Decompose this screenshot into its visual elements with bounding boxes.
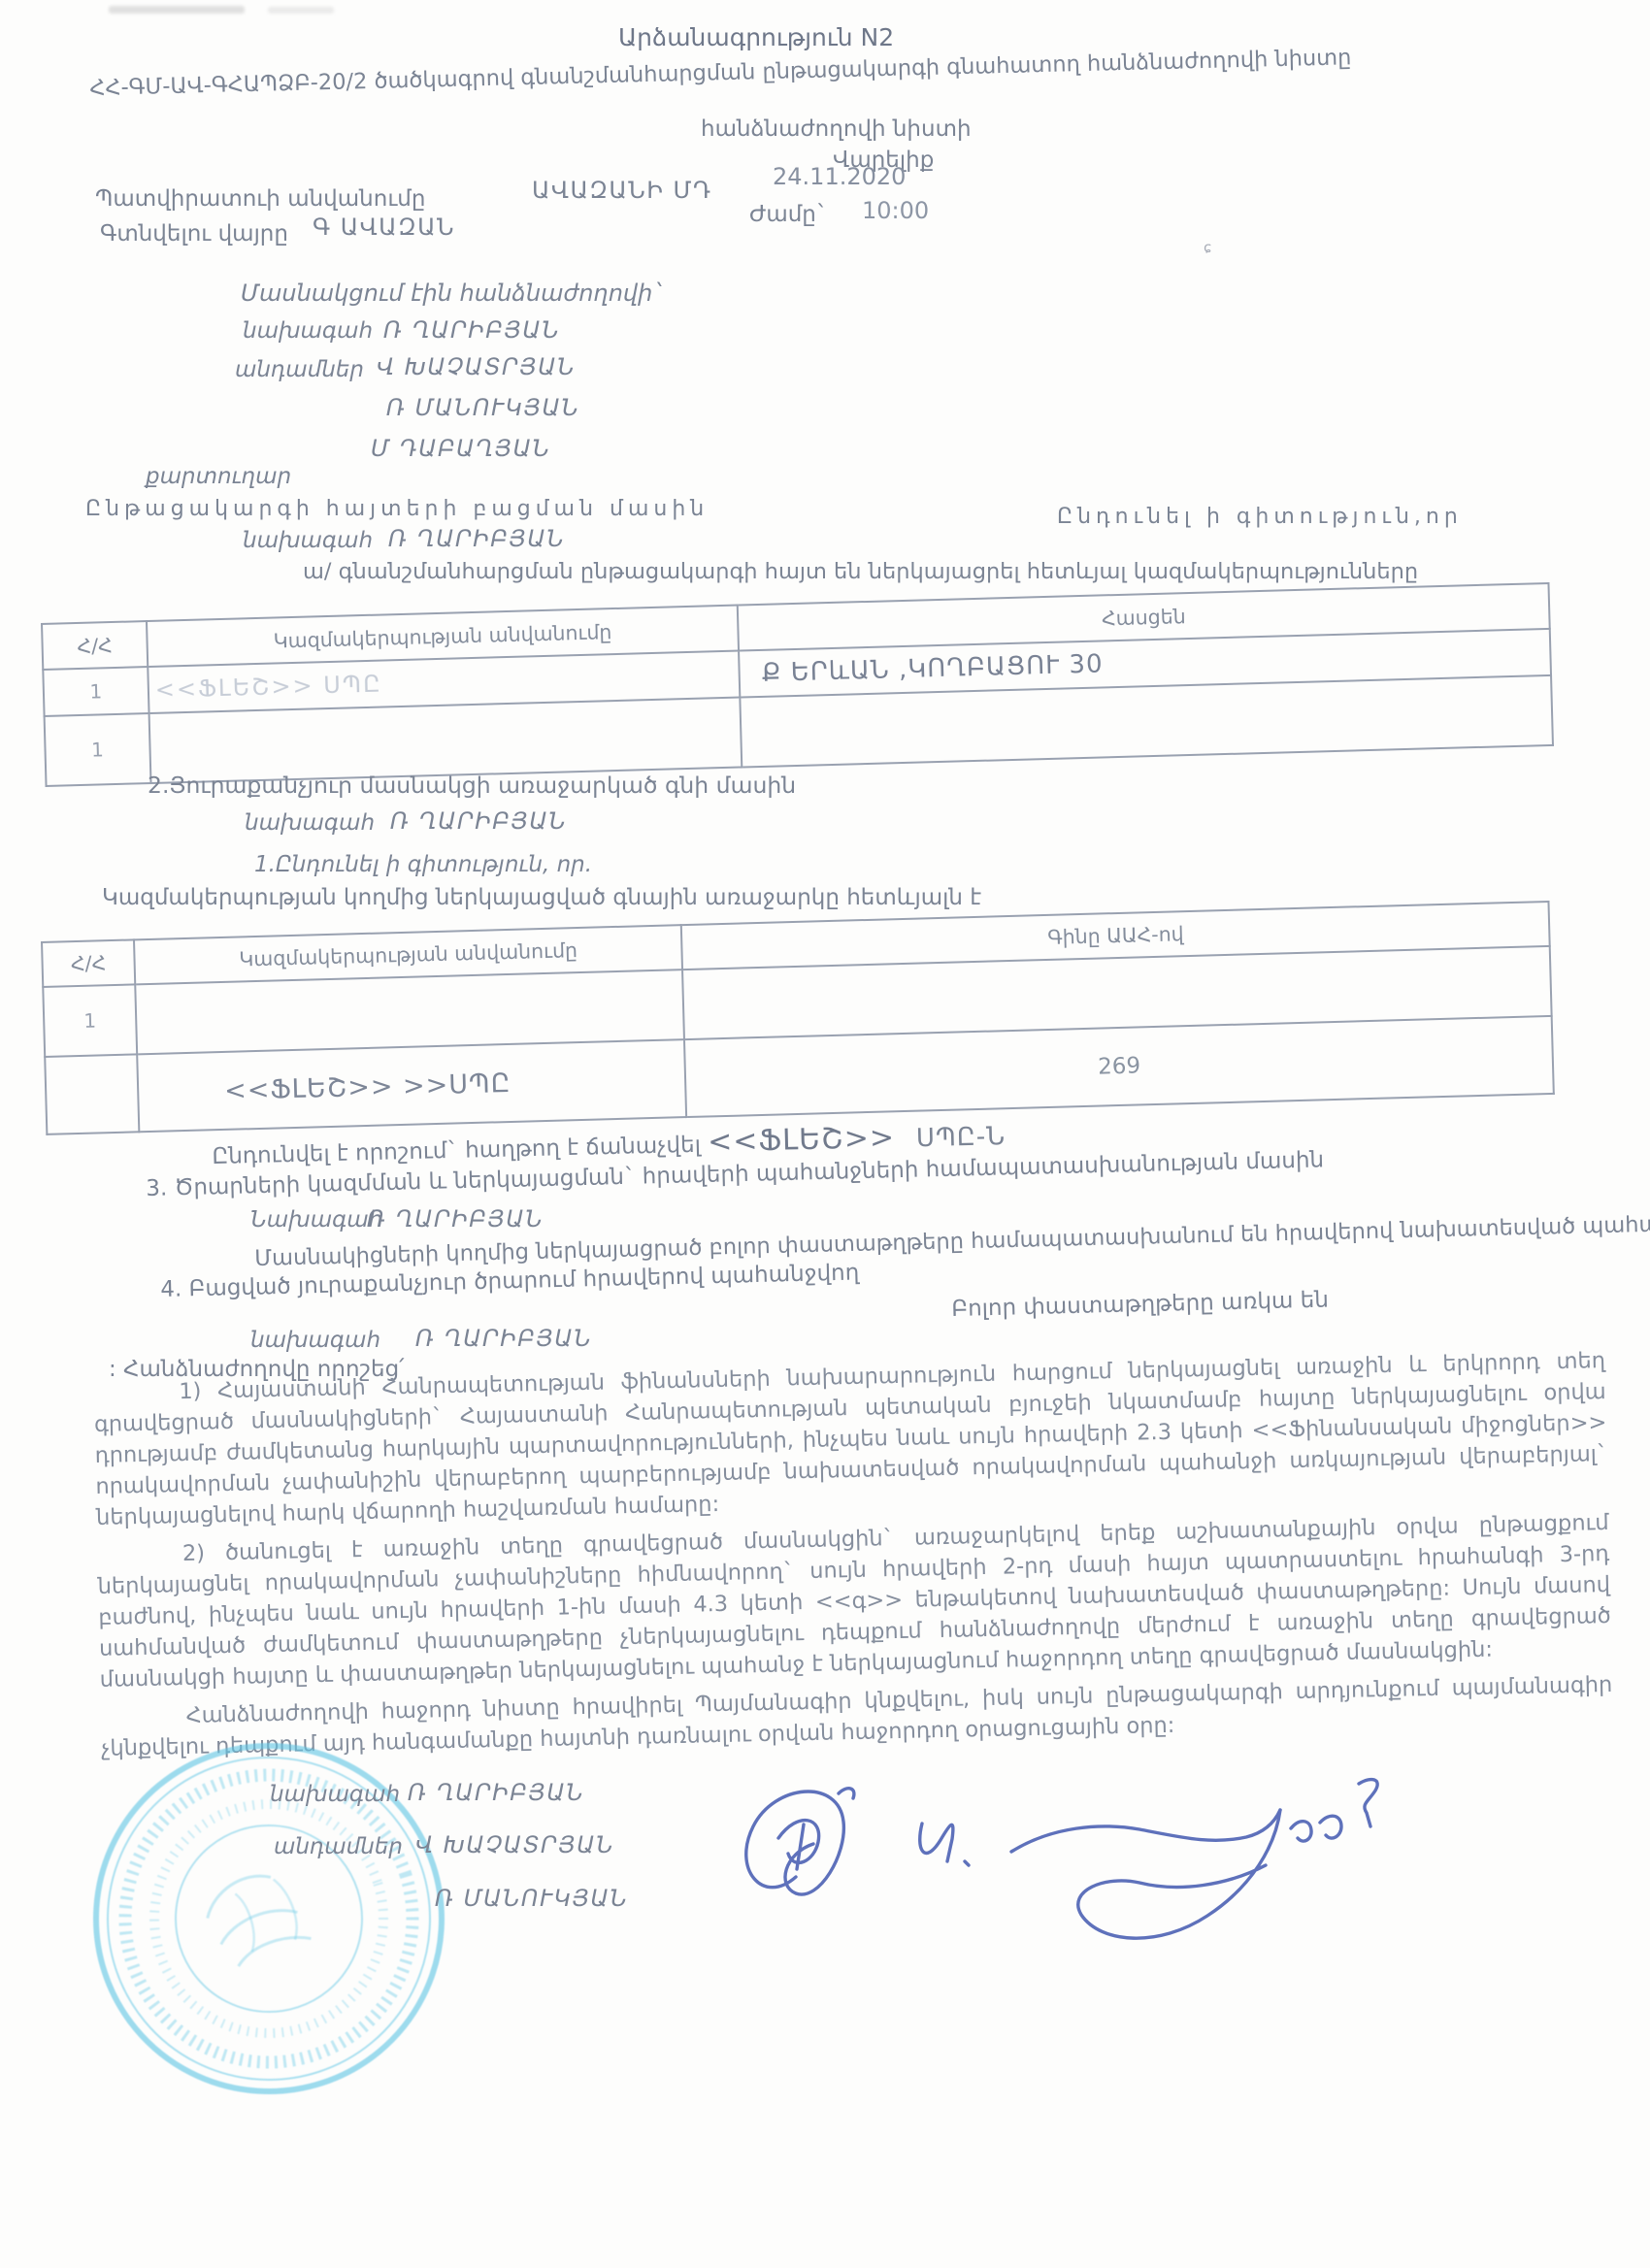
meeting-date: 24.11.2020 xyxy=(773,163,906,190)
section2-note: 1.Ընդունել ի գիտություն, որ. xyxy=(254,852,592,877)
members-label: անդամներ xyxy=(235,357,364,382)
member-name: Ռ ՄԱՆՈՒԿՅԱՆ xyxy=(386,394,579,421)
section1-title: Ընթացակարգի հայտերի բացման մասին xyxy=(85,497,709,521)
section4-chair-label: նախագահ xyxy=(250,1328,380,1353)
col-header-number: Հ/Հ xyxy=(42,939,135,987)
customer-label: Պատվիրատուի անվանումը xyxy=(95,186,425,212)
meeting-label: հանձնաժողովի նիստի xyxy=(701,116,972,142)
decision-suffix: ՍՊԸ-Ն xyxy=(916,1122,1006,1153)
document-title: Արձանագրություն N2 xyxy=(618,23,894,51)
scan-stray-mark: ɕ xyxy=(1204,239,1211,256)
chair-label: նախագահ xyxy=(243,318,373,344)
signoff-chair-name: Ռ ՂԱՐԻԲՅԱՆ xyxy=(408,1779,584,1806)
signoff-member-name: Վ ԽԱՉԱՏՐՅԱՆ xyxy=(415,1831,614,1858)
customer-value: ԱՎԱԶԱՆԻ ՄԴ xyxy=(532,177,712,204)
location-label: Գտնվելու վայրը xyxy=(100,221,288,247)
secretary-label: քարտուղար xyxy=(146,464,291,489)
section2-intro: Կազմակերպության կողմից ներկայացված գնայի… xyxy=(102,885,981,910)
section1-note-right: Ընդունել ի գիտություն,որ xyxy=(1057,505,1463,529)
round-stamp xyxy=(80,1729,458,2108)
section1-chair-name: Ռ ՂԱՐԻԲՅԱՆ xyxy=(388,525,565,552)
location-value: Գ ԱՎԱԶԱՆ xyxy=(313,214,455,241)
decision-paragraph-1: 1) Հայաստանի Հանրապետության ֆինանսների ն… xyxy=(93,1345,1608,1533)
section1-intro: ա/ գնանշմանհարցման ընթացակարգի հայտ են ն… xyxy=(303,559,1418,584)
procedure-code-line: ՀՀ-ԳՄ-ԱՎ-ԳՀԱՊՁԲ-20/2 ծածկագրով գնանշմանհ… xyxy=(89,45,1352,101)
decisions-paragraphs: 1) Հայաստանի Հանրապետության ֆինանսների ն… xyxy=(93,1345,1613,1771)
section2-chair-label: նախագահ xyxy=(245,810,375,836)
section3-chair-name: Ռ ՂԱՐԻԲՅԱՆ xyxy=(367,1205,544,1233)
scan-smudge xyxy=(109,6,245,14)
signoff-member-name: Ռ ՄԱՆՈՒԿՅԱՆ xyxy=(435,1885,628,1912)
section4-status-right: Բոլոր փաստաթղթերը առկա են xyxy=(951,1288,1329,1322)
chair-name: Ռ ՂԱՐԻԲՅԱՆ xyxy=(383,316,560,344)
member-name: Մ ԴԱԲԱՂՅԱՆ xyxy=(371,435,550,462)
signoff-chair-label: նախագահ xyxy=(270,1782,400,1807)
organization-name: <<ՖԼԵՇ>> >>ՍՊԸ xyxy=(137,1039,686,1132)
winner-name: <<ՖԼԵՇ>> xyxy=(708,1121,896,1160)
section2-title: 2.Յուրաքանչյուր մասնակցի առաջարկած գնի մ… xyxy=(148,772,796,799)
participants-heading: Մասնակցում էին հանձնաժողովի` xyxy=(241,279,664,307)
scanned-protocol-document: ɕ Արձանագրություն N2 ՀՀ-ԳՄ-ԱՎ-ԳՀԱՊՁԲ-20/… xyxy=(0,0,1650,2268)
row-number: 1 xyxy=(45,713,151,786)
decision-paragraph-2: 2) ծանուցել է առաջին տեղը գրավեցրած մասն… xyxy=(97,1507,1612,1695)
section2-chair-name: Ռ ՂԱՐԻԲՅԱՆ xyxy=(390,807,567,835)
handwritten-signature xyxy=(720,1768,1400,1962)
row-number: 1 xyxy=(43,667,148,716)
bidders-table: Հ/Հ Կազմակերպության անվանումը Հասցեն 1 <… xyxy=(41,582,1554,787)
empty-cell xyxy=(45,1054,139,1134)
row-number: 1 xyxy=(43,984,137,1057)
section3-chair-label: Նախագահ xyxy=(250,1207,382,1233)
col-header-number: Հ/Հ xyxy=(42,621,148,670)
member-name: Վ ԽԱՉԱՏՐՅԱՆ xyxy=(377,353,576,380)
section1-chair-label: նախագահ xyxy=(243,528,373,553)
time-value: 10:00 xyxy=(862,197,929,224)
time-label: Ժամը` xyxy=(749,202,827,227)
scan-smudge xyxy=(268,7,334,14)
section4-chair-name: Ռ ՂԱՐԻԲՅԱՆ xyxy=(415,1325,592,1352)
price-table: Հ/Հ Կազմակերպության անվանումը Գինը ԱԱՀ-ո… xyxy=(41,901,1555,1135)
signoff-members-label: անդամներ xyxy=(274,1834,403,1859)
